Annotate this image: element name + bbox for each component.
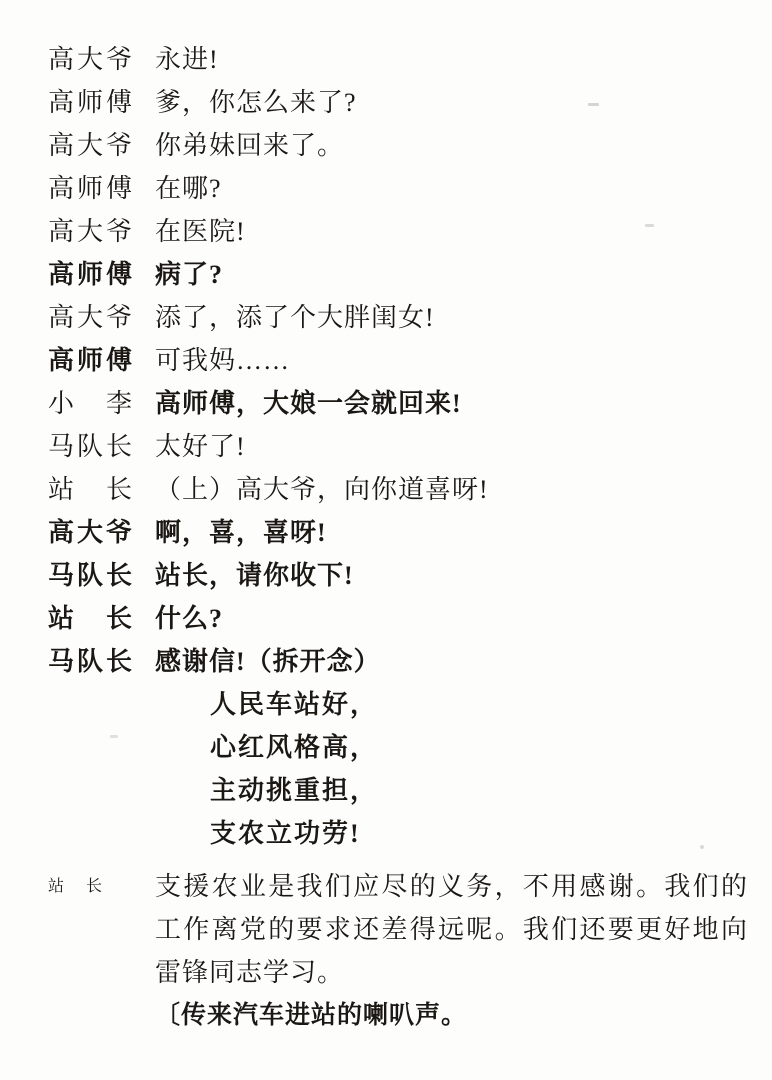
scan-speck xyxy=(110,735,118,738)
script-line: 马队长 太好了! xyxy=(48,423,748,466)
dialogue-text: 啊，喜，喜呀! xyxy=(155,512,327,549)
dialogue-text: 在哪? xyxy=(155,168,222,205)
dialogue-text: 你弟妹回来了。 xyxy=(155,125,344,162)
speaker-name: 马队长 xyxy=(48,426,155,463)
speaker-name: 马队长 xyxy=(48,555,155,592)
script-line: 高大爷 永进! xyxy=(48,36,748,79)
stage-direction: 〔传来汽车进站的喇叭声。 xyxy=(155,994,748,1037)
speaker-name: 小 李 xyxy=(48,383,155,420)
dialogue-text: 在医院! xyxy=(155,211,246,248)
speaker-name: 站 长 xyxy=(48,865,155,994)
poem-line: 主动挑重担， xyxy=(210,769,748,812)
script-line: 高大爷 你弟妹回来了。 xyxy=(48,122,748,165)
speaker-name: 高大爷 xyxy=(48,512,155,549)
scanned-script-page: 高大爷 永进! 高师傅 爹，你怎么来了? 高大爷 你弟妹回来了。 高师傅 在哪?… xyxy=(0,0,772,1080)
scan-speck xyxy=(588,103,599,106)
speaker-name: 高师傅 xyxy=(48,168,155,205)
dialogue-text: 可我妈…… xyxy=(155,340,290,377)
closing-speech: 站 长 支援农业是我们应尽的义务，不用感谢。我们的工作离党的要求还差得远呢。我们… xyxy=(48,865,748,994)
speaker-name: 高师傅 xyxy=(48,82,155,119)
thank-you-letter-poem: 人民车站好， 心红风格高， 主动挑重担， 支农立功劳! xyxy=(210,683,748,855)
speaker-name: 高师傅 xyxy=(48,340,155,377)
poem-line: 人民车站好， xyxy=(210,683,748,726)
speaker-name: 高大爷 xyxy=(48,211,155,248)
speaker-name: 马队长 xyxy=(48,641,155,678)
poem-line: 支农立功劳! xyxy=(210,812,748,855)
closing-speech-text: 支援农业是我们应尽的义务，不用感谢。我们的工作离党的要求还差得远呢。我们还要更好… xyxy=(155,865,748,994)
dialogue-text: （上）高大爷，向你道喜呀! xyxy=(155,469,489,506)
speaker-name: 高师傅 xyxy=(48,254,155,291)
dialogue-text: 永进! xyxy=(155,39,219,76)
script-line: 高师傅 可我妈…… xyxy=(48,337,748,380)
script-line: 高师傅 在哪? xyxy=(48,165,748,208)
speaker-name: 高大爷 xyxy=(48,297,155,334)
speaker-name: 站 长 xyxy=(48,598,155,635)
script-line: 高大爷 添了，添了个大胖闺女! xyxy=(48,294,748,337)
dialogue-text: 爹，你怎么来了? xyxy=(155,82,357,119)
script-line: 站 长 （上）高大爷，向你道喜呀! xyxy=(48,466,748,509)
speaker-name: 高大爷 xyxy=(48,39,155,76)
script-line: 马队长 站长，请你收下! xyxy=(48,552,748,595)
script-line: 小 李 高师傅，大娘一会就回来! xyxy=(48,380,748,423)
dialogue-text: 什么? xyxy=(155,598,223,635)
script-line: 高师傅 病了? xyxy=(48,251,748,294)
dialogue-text: 高师傅，大娘一会就回来! xyxy=(155,383,462,420)
script-line: 高大爷 啊，喜，喜呀! xyxy=(48,509,748,552)
script-line: 马队长 感谢信!（拆开念） xyxy=(48,638,748,681)
dialogue-text: 病了? xyxy=(155,254,223,291)
dialogue-text: 感谢信!（拆开念） xyxy=(155,641,381,678)
dialogue-text: 添了，添了个大胖闺女! xyxy=(155,297,435,334)
script-body: 高大爷 永进! 高师傅 爹，你怎么来了? 高大爷 你弟妹回来了。 高师傅 在哪?… xyxy=(48,36,748,1037)
script-line: 高大爷 在医院! xyxy=(48,208,748,251)
speaker-name: 站 长 xyxy=(48,469,155,506)
speaker-name: 高大爷 xyxy=(48,125,155,162)
script-line: 高师傅 爹，你怎么来了? xyxy=(48,79,748,122)
scan-speck xyxy=(700,845,704,849)
dialogue-text: 站长，请你收下! xyxy=(155,555,354,592)
scan-speck xyxy=(645,224,654,227)
dialogue-text: 太好了! xyxy=(155,426,246,463)
poem-line: 心红风格高， xyxy=(210,726,748,769)
script-line: 站 长 什么? xyxy=(48,595,748,638)
